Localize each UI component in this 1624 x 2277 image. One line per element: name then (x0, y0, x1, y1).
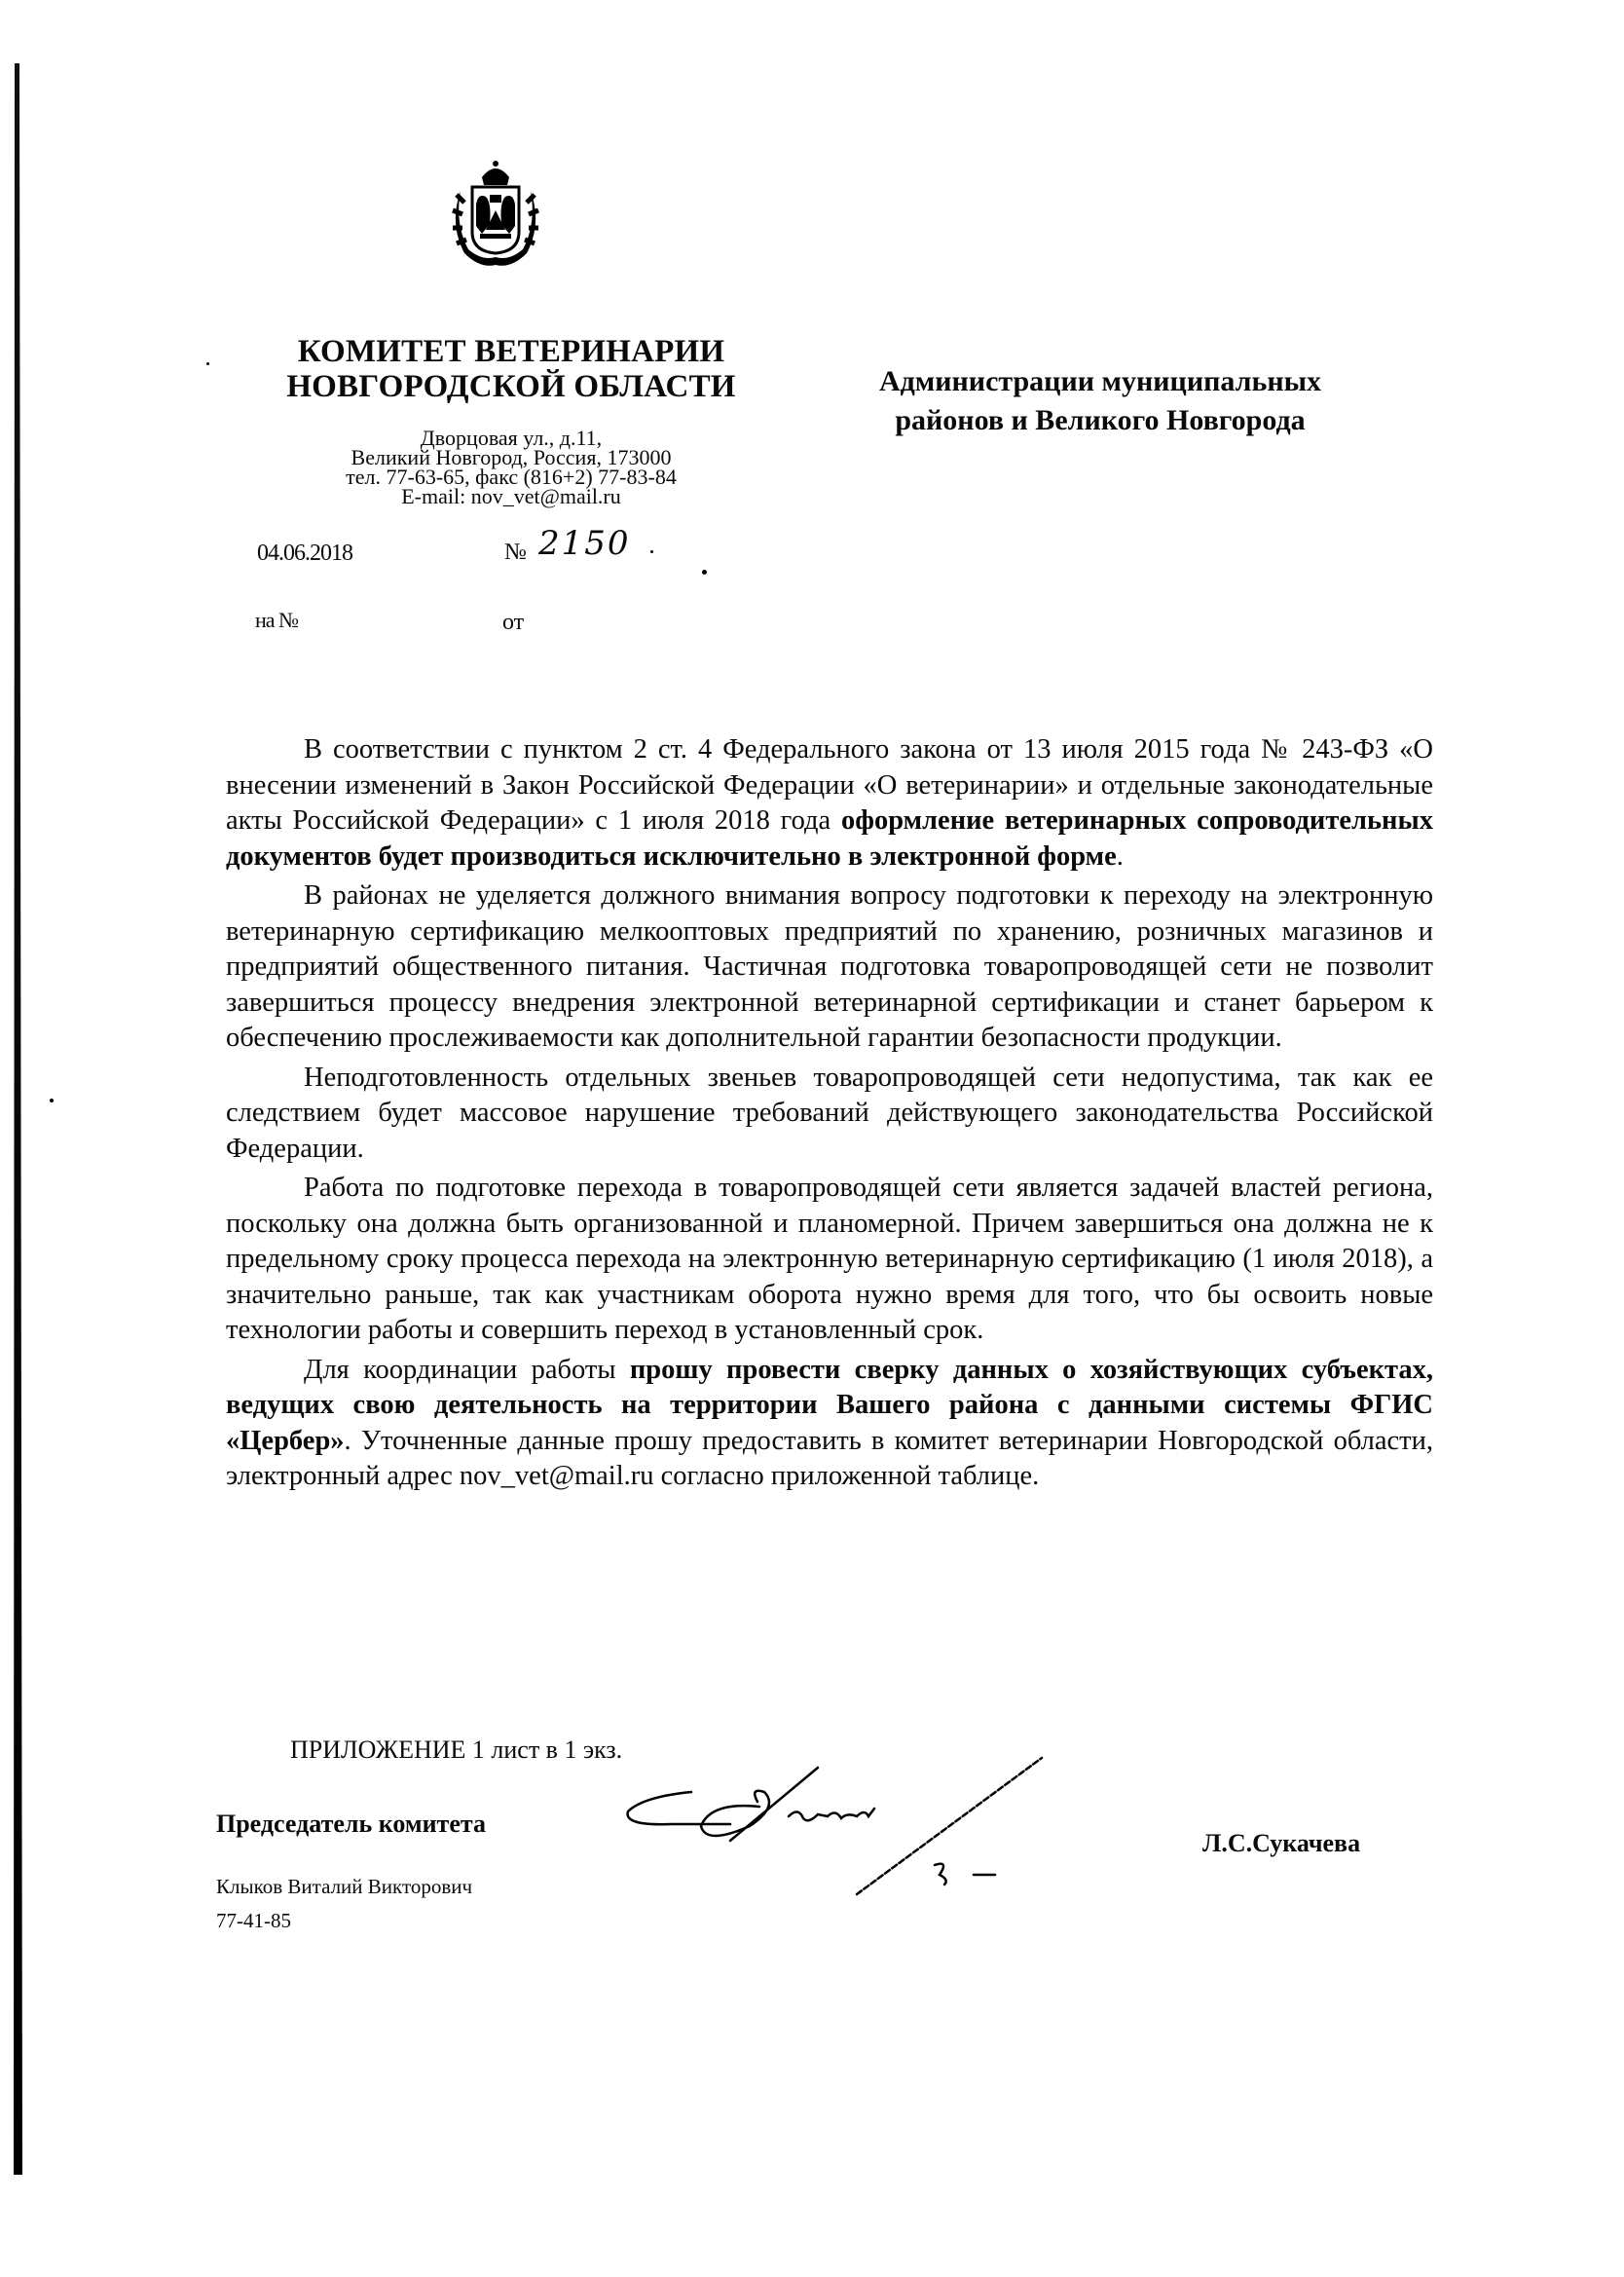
scan-edge-line (13, 63, 22, 2175)
executor-phone: 77-41-85 (216, 1909, 291, 1933)
paragraph-3: Неподготовленность отдельных звеньев тов… (226, 1061, 1433, 1168)
paragraph-1: В соответствии с пунктом 2 ст. 4 Федерал… (226, 732, 1433, 875)
paragraph-5: Для координации работы прошу провести св… (226, 1353, 1433, 1495)
sender-address: Дворцовая ул., д.11, Великий Новгород, Р… (273, 429, 750, 506)
letter-body: В соответствии с пунктом 2 ст. 4 Федерал… (226, 732, 1433, 1499)
coat-of-arms-icon (443, 156, 548, 271)
reference-number-label: на № (255, 608, 298, 633)
signer-name: Л.С.Сукачева (1202, 1829, 1360, 1858)
org-name-line: КОМИТЕТ ВЕТЕРИНАРИИ (253, 334, 769, 369)
reference-date-label: от (502, 610, 524, 636)
paragraph-2: В районах не уделяется должного внимания… (226, 878, 1433, 1057)
document-date: 04.06.2018 (257, 541, 352, 567)
scan-speck (206, 362, 209, 365)
document-number-label: № (504, 540, 527, 566)
signer-title: Председатель комитета (216, 1810, 486, 1839)
address-email: E-mail: nov_vet@mail.ru (273, 487, 750, 506)
scan-speck (50, 1099, 54, 1102)
sender-organization: КОМИТЕТ ВЕТЕРИНАРИИ НОВГОРОДСКОЙ ОБЛАСТИ (253, 334, 769, 404)
recipient-line: Администрации муниципальных (828, 362, 1373, 401)
recipient-line: районов и Великого Новгорода (828, 401, 1373, 440)
recipient-block: Администрации муниципальных районов и Ве… (828, 362, 1373, 440)
org-name-line: НОВГОРОДСКОЙ ОБЛАСТИ (253, 369, 769, 404)
document-number-handwritten: 2150 (538, 524, 631, 563)
paragraph-4: Работа по подготовке перехода в товаропр… (226, 1171, 1433, 1349)
handwritten-signature-icon (613, 1748, 1061, 1923)
appendix-note: ПРИЛОЖЕНИЕ 1 лист в 1 экз. (290, 1736, 622, 1765)
executor-name: Клыков Виталий Викторович (216, 1875, 472, 1899)
scan-speck (650, 550, 653, 553)
scan-speck (702, 570, 707, 575)
